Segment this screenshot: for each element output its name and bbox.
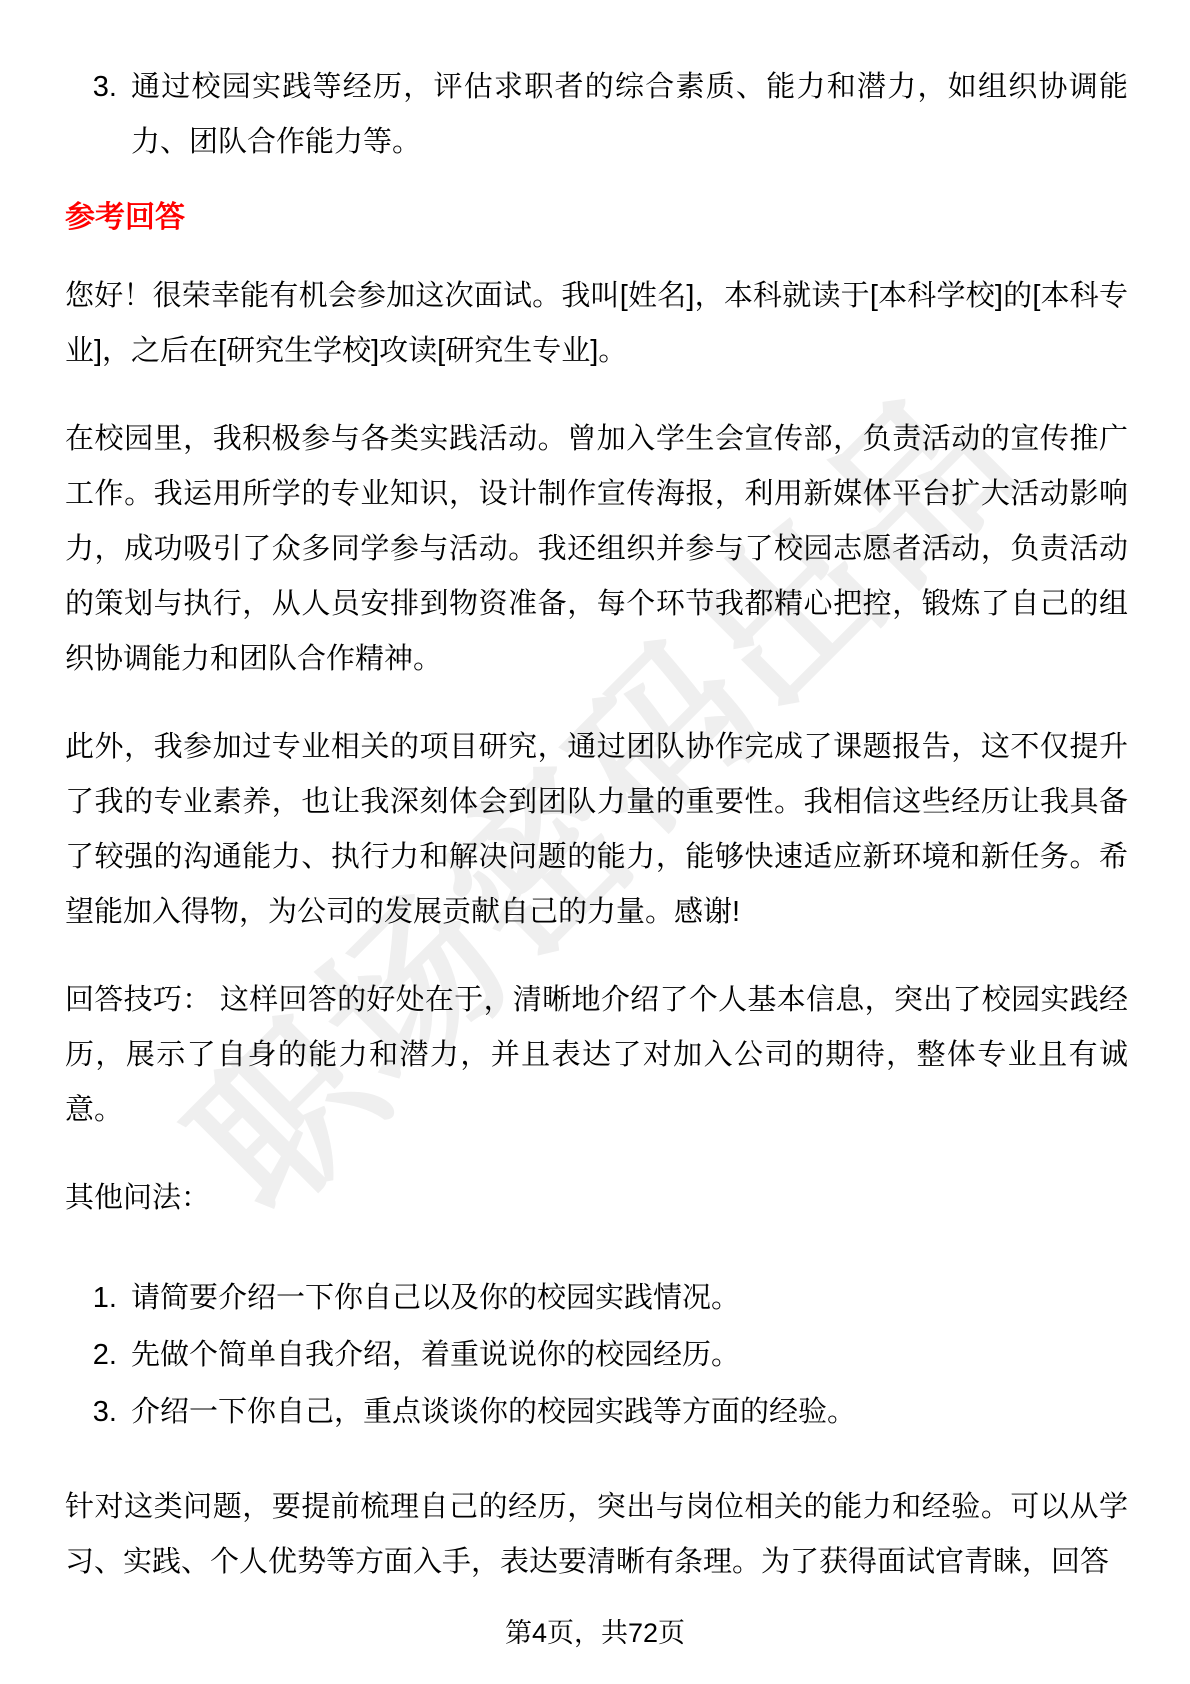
other-askings-list: 请简要介绍一下你自己以及你的校园实践情况。 先做个简单自我介绍，着重说说你的校园… — [65, 1271, 1128, 1440]
document-page: 职场密码出品 通过校园实践等经历，评估求职者的综合素质、能力和潜力，如组织协调能… — [0, 0, 1190, 1684]
other-askings-label: 其他问法： — [65, 1171, 1128, 1226]
list-item-other-asking-3: 介绍一下你自己，重点谈谈你的校园实践等方面的经验。 — [125, 1385, 1128, 1440]
list-item-other-asking-2: 先做个简单自我介绍，着重说说你的校园经历。 — [125, 1328, 1128, 1383]
paragraph-campus-experience: 在校园里，我积极参与各类实践活动。曾加入学生会宣传部，负责活动的宣传推广工作。我… — [65, 412, 1128, 687]
section-heading-reference-answer: 参考回答 — [65, 200, 1128, 236]
page-content: 通过校园实践等经历，评估求职者的综合素质、能力和潜力，如组织协调能力、团队合作能… — [0, 0, 1190, 1590]
list-item-purpose-3: 通过校园实践等经历，评估求职者的综合素质、能力和潜力，如组织协调能力、团队合作能… — [125, 60, 1128, 170]
list-item-other-asking-1: 请简要介绍一下你自己以及你的校园实践情况。 — [125, 1271, 1128, 1326]
paragraph-answer-technique: 回答技巧： 这样回答的好处在于，清晰地介绍了个人基本信息，突出了校园实践经历，展… — [65, 973, 1128, 1138]
question-purpose-list: 通过校园实践等经历，评估求职者的综合素质、能力和潜力，如组织协调能力、团队合作能… — [65, 60, 1128, 170]
paragraph-greeting: 您好！很荣幸能有机会参加这次面试。我叫[姓名]，本科就读于[本科学校]的[本科专… — [65, 269, 1128, 379]
paragraph-project-research: 此外，我参加过专业相关的项目研究，通过团队协作完成了课题报告，这不仅提升了我的专… — [65, 720, 1128, 940]
page-number: 第4页，共72页 — [0, 1616, 1190, 1650]
paragraph-advice: 针对这类问题，要提前梳理自己的经历，突出与岗位相关的能力和经验。可以从学习、实践… — [65, 1480, 1128, 1590]
